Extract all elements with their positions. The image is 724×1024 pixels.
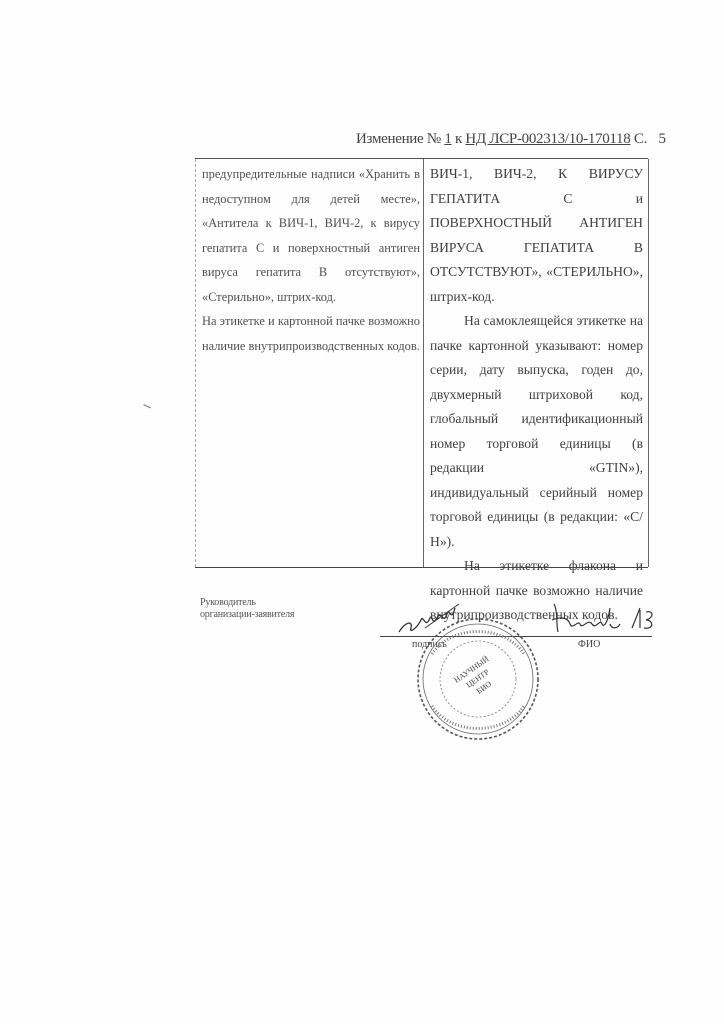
page-label: С.: [634, 131, 647, 147]
table-column-left: предупредительные надписи «Хранить в нед…: [195, 159, 424, 567]
right-paragraph-warnings: ВИЧ-1, ВИЧ-2, К ВИРУСУ ГЕПАТИТА С и ПОВЕ…: [430, 162, 643, 309]
right-paragraph-label-info: На самоклеящейся этикетке на пачке карто…: [430, 309, 643, 554]
comparison-table: предупредительные надписи «Хранить в нед…: [195, 158, 648, 568]
table-column-right: ВИЧ-1, ВИЧ-2, К ВИРУСУ ГЕПАТИТА С и ПОВЕ…: [423, 159, 649, 567]
handwritten-name: [548, 598, 658, 638]
left-paragraph-warnings: предупредительные надписи «Хранить в нед…: [202, 162, 420, 309]
signatory-title-line1: Руководитель: [200, 597, 294, 609]
official-stamp: НАУЧНЫЙ ЦЕНТР БИО: [412, 614, 544, 744]
document-header: Изменение № 1 к НД ЛСР-002313/10-170118 …: [356, 131, 666, 148]
page-number: 5: [659, 131, 666, 147]
header-prefix: Изменение №: [356, 131, 441, 147]
doc-number: НД ЛСР-002313/10-170118: [465, 131, 630, 147]
name-caption: ФИО: [578, 639, 600, 650]
header-to: к: [455, 131, 462, 147]
left-paragraph-codes: На этикетке и картонной пачке возможно н…: [202, 309, 420, 358]
change-number: 1: [444, 131, 451, 147]
scan-artifact: [143, 401, 152, 409]
signatory-title: Руководитель организации-заявителя: [200, 597, 294, 621]
signatory-title-line2: организации-заявителя: [200, 609, 294, 621]
